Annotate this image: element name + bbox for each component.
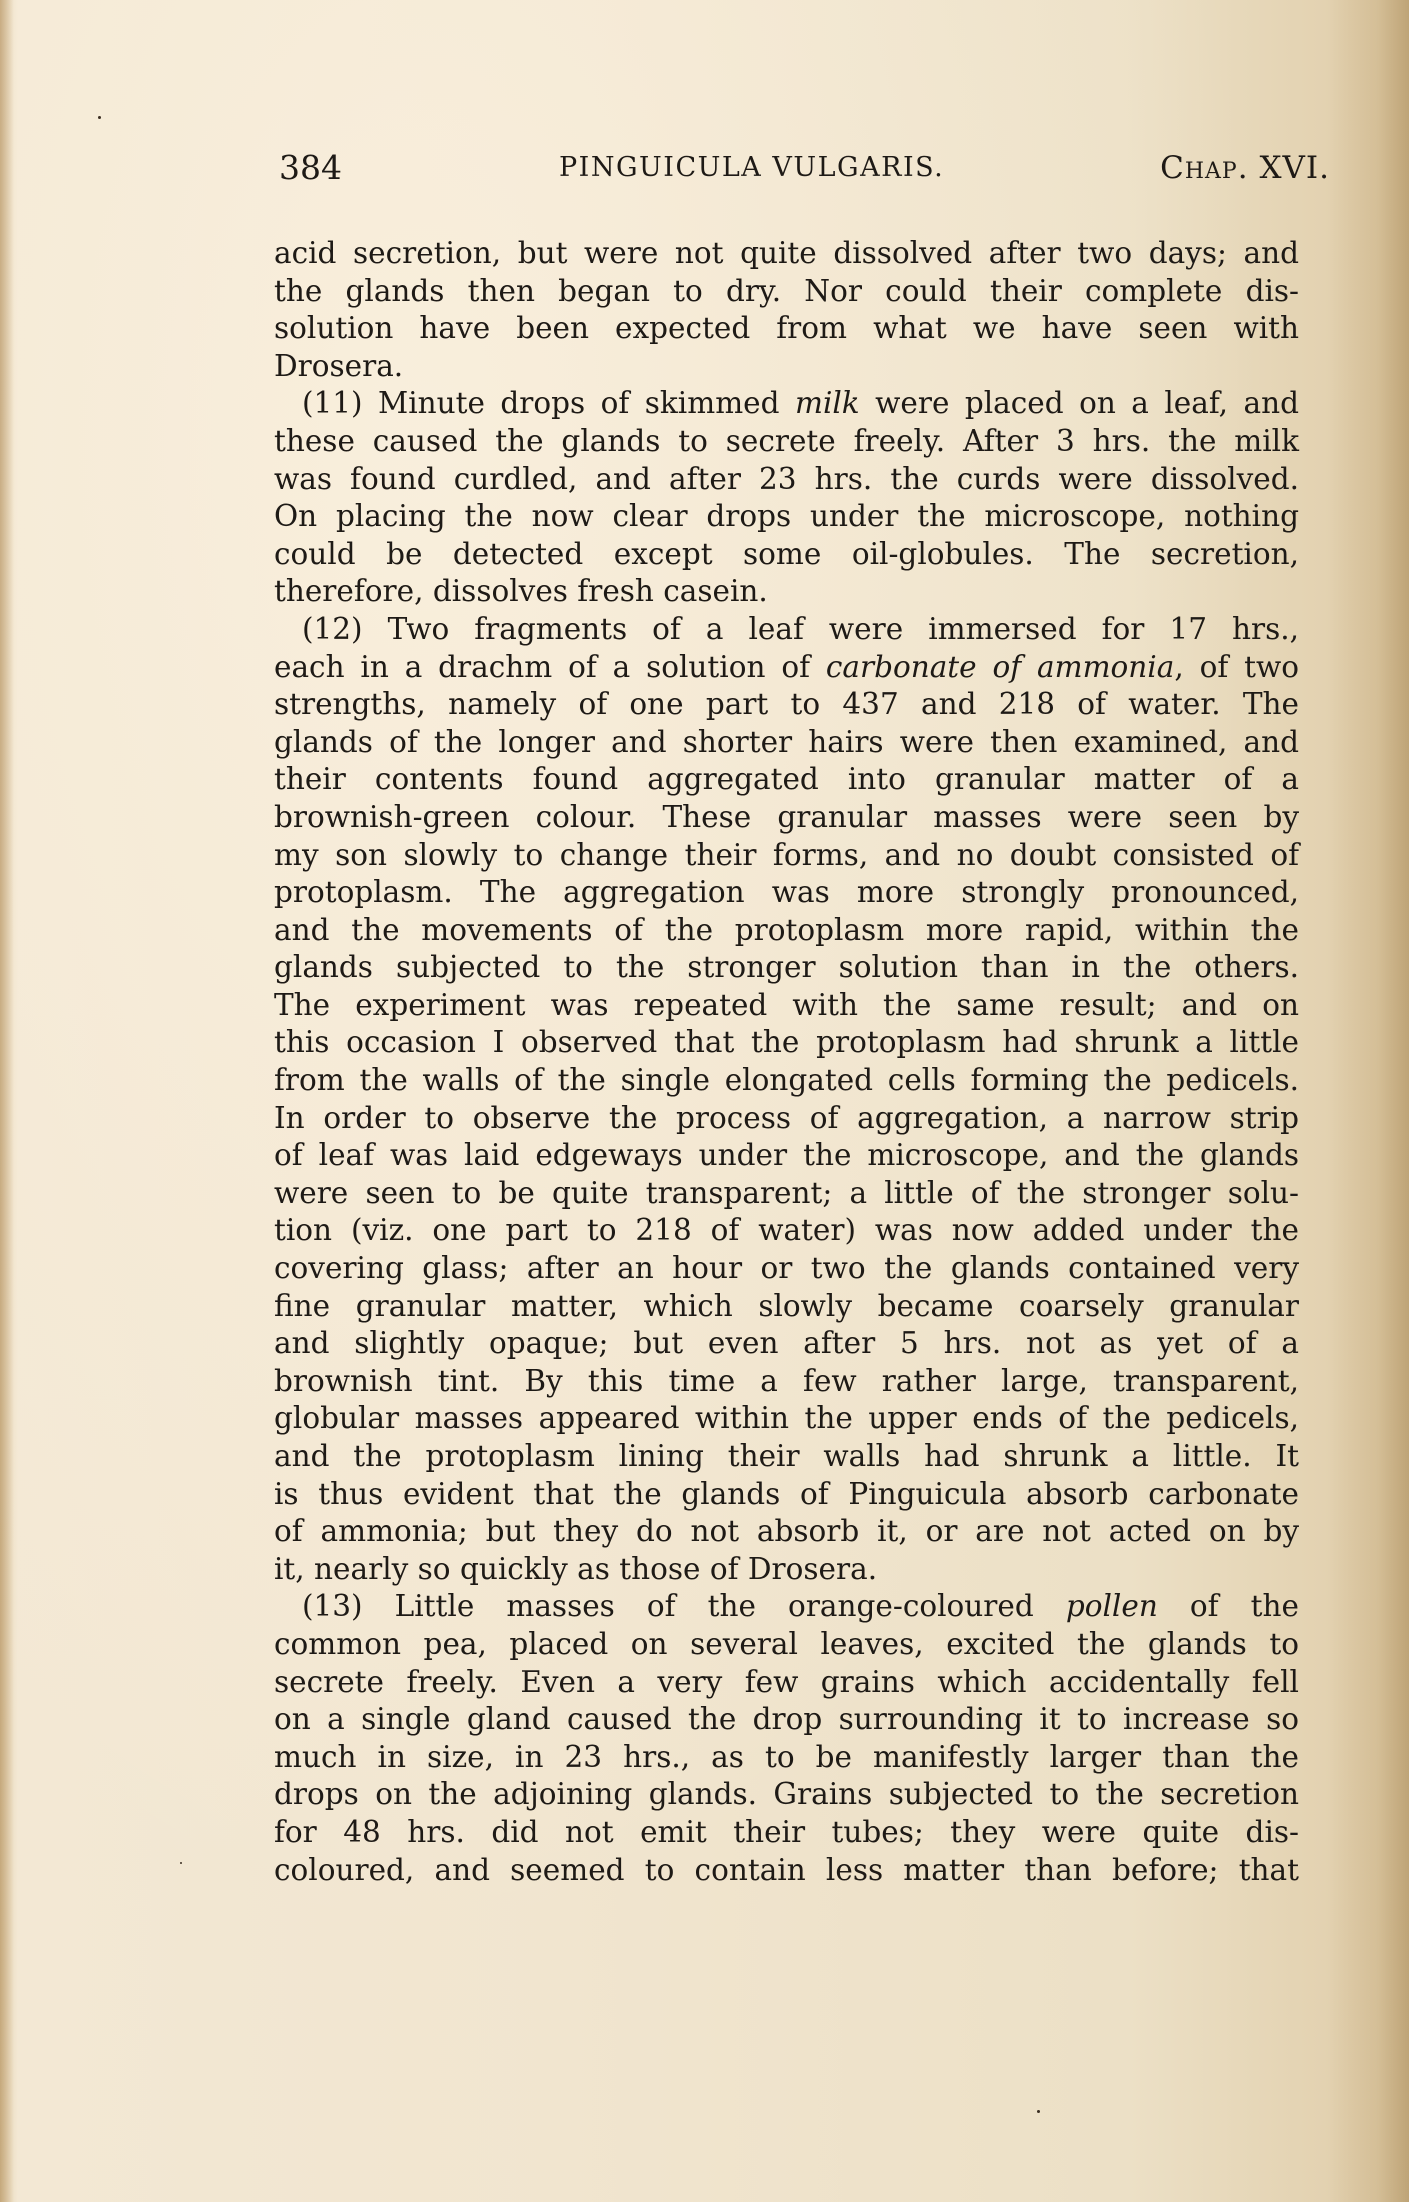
text-line: brownish tint. By this time a few rather… [274,1363,1299,1401]
text-line: fine granular matter, which slowly becam… [274,1288,1299,1326]
chapter-label: Chap. XVI. [1160,150,1330,186]
text-line: was found curdled, and after 23 hrs. the… [274,461,1299,499]
text-line: secrete freely. Even a very few grains w… [274,1664,1299,1702]
text-line: covering glass; after an hour or two the… [274,1250,1299,1288]
book-page: 384 PINGUICULA VULGARIS. Chap. XVI. acid… [0,0,1409,2202]
text-line: coloured, and seemed to contain less mat… [274,1852,1299,1890]
paper-speck [180,1862,182,1864]
text-line: drops on the adjoining glands. Grains su… [274,1776,1299,1814]
page-header: 384 PINGUICULA VULGARIS. Chap. XVI. [279,148,1330,198]
text-line: On placing the now clear drops under the… [274,498,1299,536]
text-line: protoplasm. The aggregation was more str… [274,874,1299,912]
text-line: these caused the glands to secrete freel… [274,423,1299,461]
text-line: brownish-green colour. These granular ma… [274,799,1299,837]
text-line: Drosera. [274,348,1299,386]
text-line: glands subjected to the stronger solutio… [274,949,1299,987]
paper-speck [98,116,101,119]
text-line: and the movements of the protoplasm more… [274,912,1299,950]
text-run: of the [1158,1589,1299,1623]
text-line: could be detected except some oil-globul… [274,536,1299,574]
text-line: glands of the longer and shorter hairs w… [274,724,1299,762]
paragraph-12-first-line: (12) Two fragments of a leaf were immers… [274,611,1299,649]
text-run: (11) Minute drops of skimmed [302,386,795,420]
text-run: each in a drachm of a solution of [274,650,826,684]
text-line: globular masses appeared within the uppe… [274,1400,1299,1438]
text-line: and the protoplasm lining their walls ha… [274,1438,1299,1476]
italic-term-milk: milk [795,386,860,420]
text-line: strengths, namely of one part to 437 and… [274,686,1299,724]
text-line: for 48 hrs. did not emit their tubes; th… [274,1814,1299,1852]
text-line: my son slowly to change their forms, and… [274,837,1299,875]
text-line: on a single gland caused the drop surrou… [274,1701,1299,1739]
text-line: common pea, placed on several leaves, ex… [274,1626,1299,1664]
text-line: The experiment was repeated with the sam… [274,987,1299,1025]
text-line: tion (viz. one part to 218 of water) was… [274,1212,1299,1250]
text-line: solution have been expected from what we… [274,310,1299,348]
paper-speck [1037,2110,1040,2113]
text-line: therefore, dissolves fresh casein. [274,573,1299,611]
text-line: and slightly opaque; but even after 5 hr… [274,1325,1299,1363]
body-text: acid secretion, but were not quite disso… [274,235,1299,1889]
text-line: each in a drachm of a solution of carbon… [274,649,1299,687]
text-line: In order to observe the process of aggre… [274,1100,1299,1138]
text-run: were placed on a leaf, and [860,386,1299,420]
text-line: were seen to be quite transparent; a lit… [274,1175,1299,1213]
text-run: (13) Little masses of the orange-coloure… [302,1589,1066,1623]
running-title: PINGUICULA VULGARIS. [559,152,944,183]
page-number: 384 [279,148,342,187]
text-line: much in size, in 23 hrs., as to be manif… [274,1739,1299,1777]
text-run: , of two [1174,650,1299,684]
text-line: their contents found aggregated into gra… [274,761,1299,799]
italic-term-carbonate-of-ammonia: carbonate of ammonia [826,650,1174,684]
italic-term-pollen: pollen [1066,1589,1158,1623]
text-line: from the walls of the single elongated c… [274,1062,1299,1100]
text-line: the glands then began to dry. Nor could … [274,273,1299,311]
paragraph-11-first-line: (11) Minute drops of skimmed milk were p… [274,385,1299,423]
text-line: it, nearly so quickly as those of Droser… [274,1551,1299,1589]
text-line: of leaf was laid edgeways under the micr… [274,1137,1299,1175]
text-line: acid secretion, but were not quite disso… [274,235,1299,273]
text-line: is thus evident that the glands of Pingu… [274,1476,1299,1514]
text-line: of ammonia; but they do not absorb it, o… [274,1513,1299,1551]
paragraph-13-first-line: (13) Little masses of the orange-coloure… [274,1588,1299,1626]
text-line: this occasion I observed that the protop… [274,1024,1299,1062]
